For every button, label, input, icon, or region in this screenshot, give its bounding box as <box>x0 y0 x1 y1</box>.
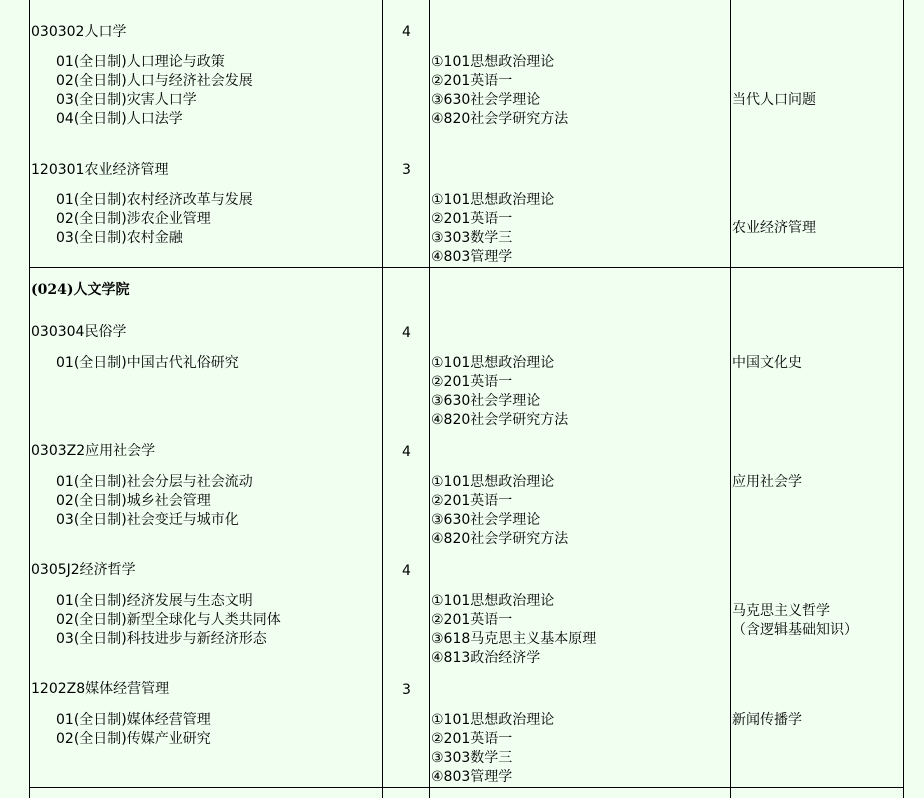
exam-subject: ④820社会学研究方法 <box>431 110 568 129</box>
research-direction: 02(全日制)新型全球化与人类共同体 <box>56 611 281 630</box>
major-code-name: 120301农业经济管理 <box>31 161 168 180</box>
reference-book: 农业经济管理 <box>732 219 816 238</box>
research-direction: 02(全日制)人口与经济社会发展 <box>56 72 253 91</box>
exam-subject: ②201英语一 <box>431 611 512 630</box>
exam-subject: ①101思想政治理论 <box>431 191 554 210</box>
research-direction: 02(全日制)城乡社会管理 <box>56 492 211 511</box>
research-direction: 01(全日制)人口理论与政策 <box>56 53 225 72</box>
research-direction: 03(全日制)灾害人口学 <box>56 91 197 110</box>
exam-subject: ②201英语一 <box>431 730 512 749</box>
table-border-left <box>29 0 30 798</box>
exam-subject: ③618马克思主义基本原理 <box>431 630 596 649</box>
research-direction: 03(全日制)科技进步与新经济形态 <box>56 630 267 649</box>
research-direction: 02(全日制)涉农企业管理 <box>56 210 211 229</box>
enrollment-count: 4 <box>402 562 411 581</box>
exam-subject: ②201英语一 <box>431 492 512 511</box>
column-divider-enrollment <box>382 0 383 798</box>
table-border-right <box>903 0 904 798</box>
major-code-name: 030302人口学 <box>31 23 126 42</box>
exam-subject: ④820社会学研究方法 <box>431 530 568 549</box>
exam-subject: ④820社会学研究方法 <box>431 411 568 430</box>
school-heading: (024)人文学院 <box>31 281 129 300</box>
exam-subject: ③630社会学理论 <box>431 392 540 411</box>
major-code-name: 030304民俗学 <box>31 323 126 342</box>
exam-subject: ②201英语一 <box>431 72 512 91</box>
research-direction: 03(全日制)社会变迁与城市化 <box>56 511 239 530</box>
exam-subject: ②201英语一 <box>431 210 512 229</box>
exam-subject: ①101思想政治理论 <box>431 592 554 611</box>
reference-book: 马克思主义哲学 <box>732 602 830 621</box>
exam-subject: ③630社会学理论 <box>431 91 540 110</box>
research-direction: 01(全日制)社会分层与社会流动 <box>56 473 253 492</box>
enrollment-count: 4 <box>402 443 411 462</box>
enrollment-count: 4 <box>402 23 411 42</box>
exam-subject: ①101思想政治理论 <box>431 354 554 373</box>
exam-subject: ④803管理学 <box>431 768 512 787</box>
exam-subject: ③303数学三 <box>431 749 512 768</box>
exam-subject: ②201英语一 <box>431 373 512 392</box>
enrollment-count: 3 <box>402 681 411 700</box>
research-direction: 04(全日制)人口法学 <box>56 110 183 129</box>
enrollment-count: 3 <box>402 161 411 180</box>
exam-subject: ①101思想政治理论 <box>431 53 554 72</box>
major-code-name: 0305J2经济哲学 <box>31 561 136 580</box>
exam-subject: ①101思想政治理论 <box>431 711 554 730</box>
section-divider <box>29 787 904 788</box>
reference-book: 中国文化史 <box>732 354 802 373</box>
major-code-name: 1202Z8媒体经营管理 <box>31 680 169 699</box>
major-code-name: 0303Z2应用社会学 <box>31 442 155 461</box>
research-direction: 01(全日制)中国古代礼俗研究 <box>56 354 239 373</box>
column-divider-exams <box>429 0 430 798</box>
section-divider <box>29 267 904 268</box>
enrollment-count: 4 <box>402 324 411 343</box>
exam-subject: ①101思想政治理论 <box>431 473 554 492</box>
reference-book: 应用社会学 <box>732 473 802 492</box>
admissions-catalog-table: 030302人口学 4 01(全日制)人口理论与政策 02(全日制)人口与经济社… <box>0 0 924 798</box>
research-direction: 01(全日制)媒体经营管理 <box>56 711 211 730</box>
reference-book: 新闻传播学 <box>732 711 802 730</box>
column-divider-reference <box>730 0 731 798</box>
reference-book: 当代人口问题 <box>732 91 816 110</box>
research-direction: 01(全日制)经济发展与生态文明 <box>56 592 253 611</box>
reference-book-note: （含逻辑基础知识） <box>732 621 858 640</box>
research-direction: 03(全日制)农村金融 <box>56 229 183 248</box>
exam-subject: ④803管理学 <box>431 248 512 267</box>
exam-subject: ③630社会学理论 <box>431 511 540 530</box>
research-direction: 02(全日制)传媒产业研究 <box>56 730 211 749</box>
research-direction: 01(全日制)农村经济改革与发展 <box>56 191 253 210</box>
exam-subject: ④813政治经济学 <box>431 649 540 668</box>
exam-subject: ③303数学三 <box>431 229 512 248</box>
